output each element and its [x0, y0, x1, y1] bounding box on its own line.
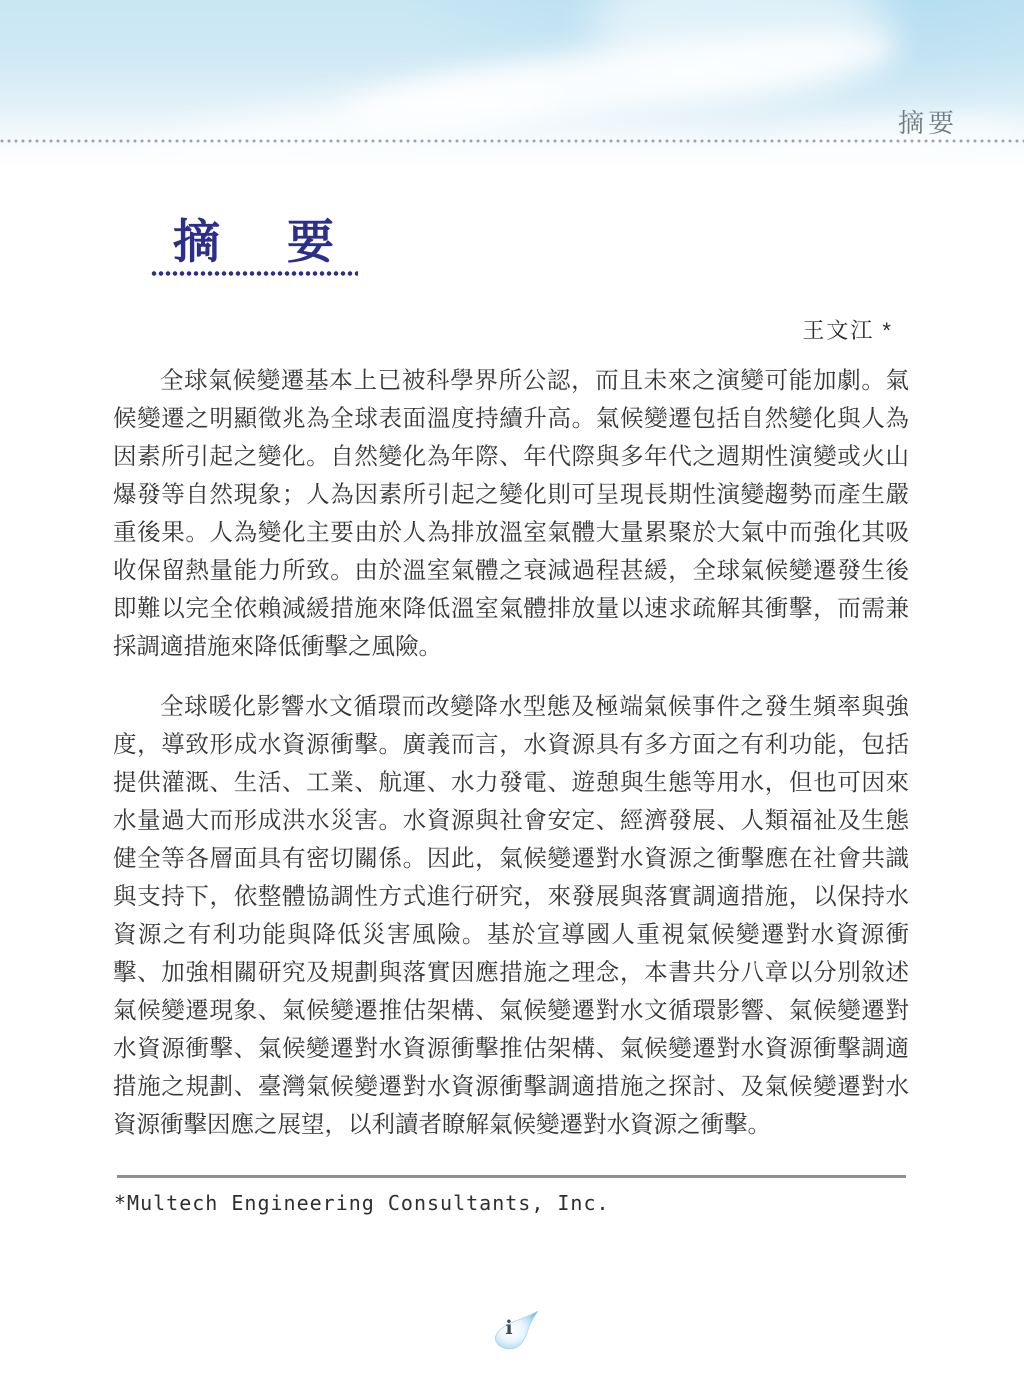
footnote-text: *Multech Engineering Consultants, Inc. — [114, 1191, 610, 1215]
header-dotted-rule — [0, 139, 1024, 143]
water-drop-icon: i — [492, 1310, 540, 1350]
page-title: 摘 要 — [173, 215, 344, 269]
footnote-divider — [117, 1175, 906, 1178]
abstract-paragraph-1: 全球氣候變遷基本上已被科學界所公認，而且未來之演變可能加劇。氣候變遷之明顯徵兆為… — [113, 361, 909, 665]
document-page: 摘要 摘 要 王文江 * 全球氣候變遷基本上已被科學界所公認，而且未來之演變可能… — [0, 0, 1024, 1400]
cloud-wisp — [128, 67, 561, 190]
page-number: i — [492, 1317, 526, 1339]
title-dotted-underline — [151, 270, 358, 277]
abstract-paragraph-2: 全球暖化影響水文循環而改變降水型態及極端氣候事件之發生頻率與強度，導致形成水資源… — [113, 687, 909, 1143]
author-line: 王文江 * — [802, 314, 893, 345]
running-header-label: 摘要 — [898, 103, 958, 140]
abstract-body: 全球氣候變遷基本上已被科學界所公認，而且未來之演變可能加劇。氣候變遷之明顯徵兆為… — [113, 361, 909, 1165]
